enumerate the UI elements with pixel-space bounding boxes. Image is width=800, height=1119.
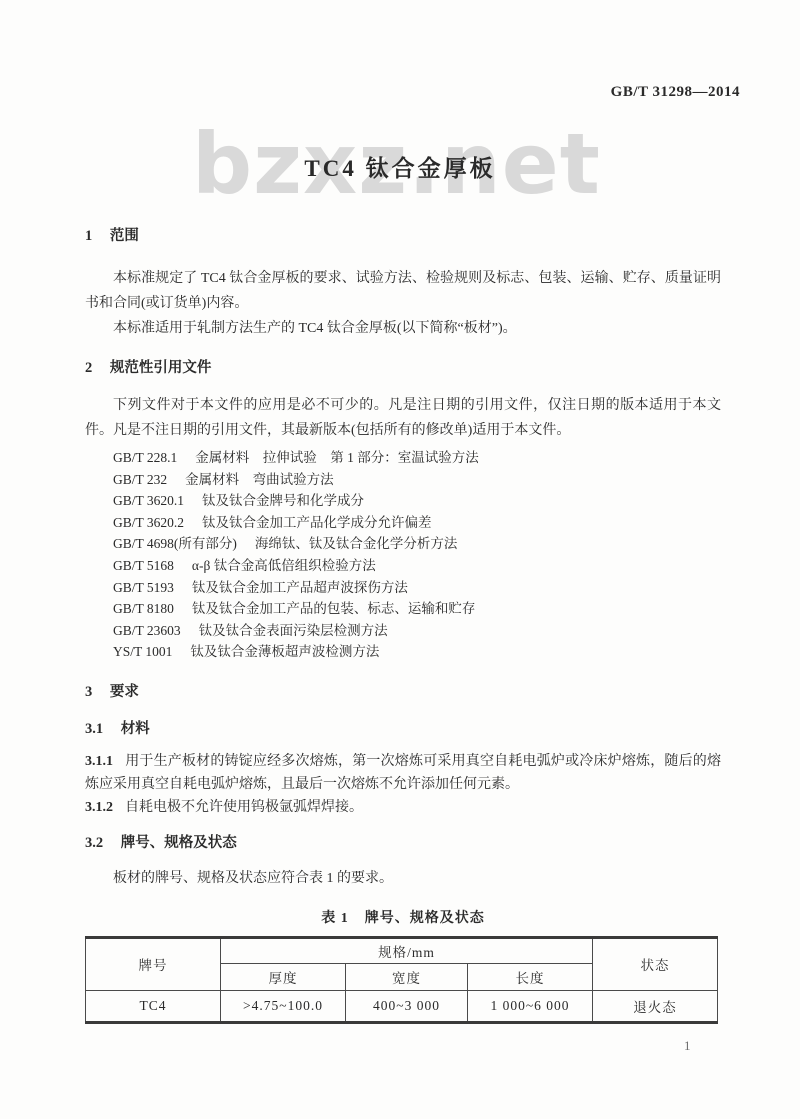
page-number: 1 [684,1038,691,1054]
clause-text: 用于生产板材的铸锭应经多次熔炼，第一次熔炼可采用真空自耗电弧炉或冷床炉熔炼，随后… [85,754,721,792]
section-label: 范围 [110,228,139,244]
section-3-1-heading: 3.1 材料 [85,719,721,739]
cell-grade: TC4 [86,990,221,1022]
col-header-spec-group: 规格/mm [221,937,593,963]
standard-number: GB/T 31298—2014 [611,84,740,101]
reference-title: 钛及钛合金加工产品化学成分允许偏差 [202,515,432,530]
reference-item: GB/T 8180钛及钛合金加工产品的包装、标志、运输和贮存 [113,598,721,620]
cell-state: 退火态 [593,990,718,1022]
reference-item: GB/T 3620.2钛及钛合金加工产品化学成分允许偏差 [113,512,721,534]
clause-3-1-2: 3.1.2自耗电极不允许使用钨极氩弧焊焊接。 [85,796,721,819]
reference-code: YS/T 1001 [113,644,172,659]
page-title: TC4 钛合金厚板 [0,150,800,183]
reference-title: 金属材料 拉伸试验 第 1 部分：室温试验方法 [195,450,479,465]
document-page: GB/T 31298—2014 bzxz.net TC4 钛合金厚板 1 范围 … [0,0,800,1119]
reference-item: GB/T 3620.1钛及钛合金牌号和化学成分 [113,490,721,512]
reference-title: 海绵钛、钛及钛合金化学分析方法 [255,536,458,551]
table-row: TC4 >4.75~100.0 400~3 000 1 000~6 000 退火… [86,990,718,1022]
reference-code: GB/T 4698(所有部分) [113,536,237,551]
cell-thickness: >4.75~100.0 [221,990,346,1022]
reference-item: GB/T 4698(所有部分)海绵钛、钛及钛合金化学分析方法 [113,533,721,555]
scope-paragraph-2: 本标准适用于轧制方法生产的 TC4 钛合金厚板(以下简称“板材”)。 [85,316,721,341]
reference-title: 钛及钛合金牌号和化学成分 [202,493,364,508]
section-number: 2 [85,360,92,376]
table-caption-label: 表 1 [321,911,349,926]
clause-text: 自耗电极不允许使用钨极氩弧焊焊接。 [125,800,363,815]
reference-list: GB/T 228.1金属材料 拉伸试验 第 1 部分：室温试验方法 GB/T 2… [85,447,721,663]
reference-item: GB/T 228.1金属材料 拉伸试验 第 1 部分：室温试验方法 [113,447,721,469]
reference-item: GB/T 5193钛及钛合金加工产品超声波探伤方法 [113,577,721,599]
reference-item: GB/T 232金属材料 弯曲试验方法 [113,469,721,491]
section-label: 材料 [121,721,150,737]
reference-item: GB/T 5168α-β 钛合金高低倍组织检验方法 [113,555,721,577]
reference-title: α-β 钛合金高低倍组织检验方法 [192,558,376,573]
reference-code: GB/T 5168 [113,558,174,573]
cell-length: 1 000~6 000 [468,990,593,1022]
clause-number: 3.1.1 [85,754,113,769]
section-2-heading: 2 规范性引用文件 [85,358,721,378]
reference-code: GB/T 5193 [113,580,174,595]
col-header-thickness: 厚度 [221,963,346,990]
reference-code: GB/T 3620.1 [113,493,184,508]
reference-title: 钛及钛合金薄板超声波检测方法 [190,644,379,659]
scope-paragraph-1: 本标准规定了 TC4 钛合金厚板的要求、试验方法、检验规则及标志、包装、运输、贮… [85,266,721,316]
reference-code: GB/T 3620.2 [113,515,184,530]
section-label: 要求 [110,684,139,700]
clause-3-1-1: 3.1.1用于生产板材的铸锭应经多次熔炼，第一次熔炼可采用真空自耗电弧炉或冷床炉… [85,750,721,796]
reference-code: GB/T 8180 [113,601,174,616]
col-header-length: 长度 [468,963,593,990]
reference-title: 钛及钛合金表面污染层检测方法 [199,623,388,638]
col-header-state: 状态 [593,937,718,990]
section-label: 规范性引用文件 [110,360,212,376]
section-label: 牌号、规格及状态 [121,835,237,851]
section-3-heading: 3 要求 [85,682,721,702]
section-number: 3.2 [85,835,103,851]
reference-code: GB/T 232 [113,472,167,487]
section-number: 3 [85,684,92,700]
reference-title: 钛及钛合金加工产品超声波探伤方法 [192,580,408,595]
clause-3-2-paragraph: 板材的牌号、规格及状态应符合表 1 的要求。 [85,866,721,891]
document-body: 1 范围 本标准规定了 TC4 钛合金厚板的要求、试验方法、检验规则及标志、包装… [85,218,721,1024]
references-intro-paragraph: 下列文件对于本文件的应用是必不可少的。凡是注日期的引用文件，仅注日期的版本适用于… [85,393,721,443]
reference-title: 金属材料 弯曲试验方法 [185,472,334,487]
cell-width: 400~3 000 [346,990,468,1022]
section-number: 3.1 [85,721,103,737]
reference-item: YS/T 1001钛及钛合金薄板超声波检测方法 [113,641,721,663]
table-1-caption: 表 1牌号、规格及状态 [85,907,721,927]
table-1-spec: 牌号 规格/mm 状态 厚度 宽度 长度 TC4 >4.75~100.0 400… [85,936,718,1024]
section-1-heading: 1 范围 [85,226,721,246]
col-header-width: 宽度 [346,963,468,990]
reference-code: GB/T 23603 [113,623,181,638]
section-3-2-heading: 3.2 牌号、规格及状态 [85,833,721,853]
reference-title: 钛及钛合金加工产品的包装、标志、运输和贮存 [192,601,476,616]
section-number: 1 [85,228,92,244]
reference-code: GB/T 228.1 [113,450,177,465]
table-caption-text: 牌号、规格及状态 [365,911,485,926]
clause-number: 3.1.2 [85,800,113,815]
reference-item: GB/T 23603钛及钛合金表面污染层检测方法 [113,620,721,642]
col-header-grade: 牌号 [86,937,221,990]
